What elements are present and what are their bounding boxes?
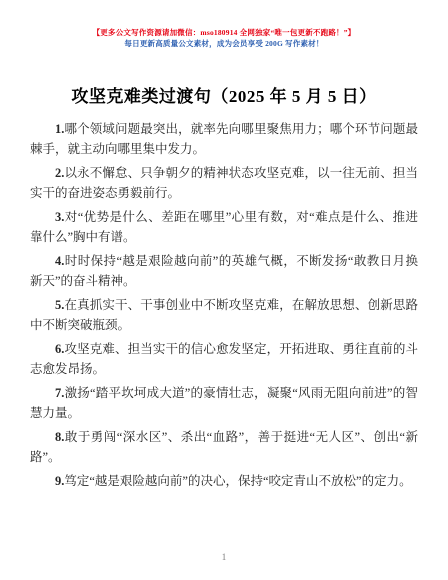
paragraph-7-text: 激扬“踏平坎坷成大道”的豪情壮志，凝聚“风雨无阻向前进”的智慧力量。	[30, 386, 418, 420]
paragraph-8: 8.敢于勇闯“深水区”、杀出“血路”，善于挺进“无人区”、创出“新路”。	[30, 428, 418, 467]
paragraph-5: 5.在真抓实干、干事创业中不断攻坚克难，在解放思想、创新思路中不断突破瓶颈。	[30, 296, 418, 335]
paragraph-2-number: 2.	[55, 166, 64, 180]
document-title: 攻坚克难类过渡句（2025 年 5 月 5 日）	[0, 85, 448, 109]
ad-header-line-red: 【更多公文写作资源请加微信：mso180914 全网独家“唯一包更新不跑路！”】	[0, 27, 448, 38]
paragraph-9-text: 笃定“越是艰险越向前”的决心，保持“咬定青山不放松”的定力。	[64, 474, 411, 488]
paragraph-2-text: 以永不懈怠、只争朝夕的精神状态攻坚克难，以一往无前、担当实干的奋进姿态勇毅前行。	[30, 166, 418, 200]
paragraph-6: 6.攻坚克难、担当实干的信心愈发坚定，开拓进取、勇往直前的斗志愈发昂扬。	[30, 340, 418, 379]
paragraph-6-number: 6.	[55, 342, 64, 356]
paragraph-3-text: 对“优势是什么、差距在哪里”心里有数，对“难点是什么、推进靠什么”胸中有谱。	[30, 210, 418, 244]
paragraph-8-number: 8.	[55, 430, 64, 444]
paragraph-5-text: 在真抓实干、干事创业中不断攻坚克难，在解放思想、创新思路中不断突破瓶颈。	[30, 298, 418, 332]
paragraph-9-number: 9.	[55, 474, 64, 488]
paragraph-5-number: 5.	[55, 298, 64, 312]
paragraph-2: 2.以永不懈怠、只争朝夕的精神状态攻坚克难，以一往无前、担当实干的奋进姿态勇毅前…	[30, 164, 418, 203]
paragraph-1-text: 哪个领域问题最突出，就率先向哪里聚焦用力；哪个环节问题最棘手，就主动向哪里集中发…	[30, 122, 418, 156]
document-body: 1.哪个领域问题最突出，就率先向哪里聚焦用力；哪个环节问题最棘手，就主动向哪里集…	[0, 120, 448, 492]
paragraph-8-text: 敢于勇闯“深水区”、杀出“血路”，善于挺进“无人区”、创出“新路”。	[30, 430, 418, 464]
paragraph-1: 1.哪个领域问题最突出，就率先向哪里聚焦用力；哪个环节问题最棘手，就主动向哪里集…	[30, 120, 418, 159]
paragraph-7-number: 7.	[55, 386, 64, 400]
ad-header-line-blue: 每日更新高质量公文素材，成为会员享受 200G 写作素材！	[0, 38, 448, 49]
paragraph-3-number: 3.	[55, 210, 64, 224]
paragraph-4: 4.时时保持“越是艰险越向前”的英雄气概，不断发扬“敢教日月换新天”的奋斗精神。	[30, 252, 418, 291]
document-page: 【更多公文写作资源请加微信：mso180914 全网独家“唯一包更新不跑路！”】…	[0, 0, 448, 580]
paragraph-4-text: 时时保持“越是艰险越向前”的英雄气概，不断发扬“敢教日月换新天”的奋斗精神。	[30, 254, 418, 288]
paragraph-3: 3.对“优势是什么、差距在哪里”心里有数，对“难点是什么、推进靠什么”胸中有谱。	[30, 208, 418, 247]
paragraph-1-number: 1.	[55, 122, 64, 136]
ad-header: 【更多公文写作资源请加微信：mso180914 全网独家“唯一包更新不跑路！”】…	[0, 0, 448, 49]
paragraph-4-number: 4.	[55, 254, 64, 268]
paragraph-7: 7.激扬“踏平坎坷成大道”的豪情壮志，凝聚“风雨无阻向前进”的智慧力量。	[30, 384, 418, 423]
page-number: 1	[0, 552, 448, 562]
paragraph-9: 9.笃定“越是艰险越向前”的决心，保持“咬定青山不放松”的定力。	[30, 472, 418, 492]
paragraph-6-text: 攻坚克难、担当实干的信心愈发坚定，开拓进取、勇往直前的斗志愈发昂扬。	[30, 342, 418, 376]
